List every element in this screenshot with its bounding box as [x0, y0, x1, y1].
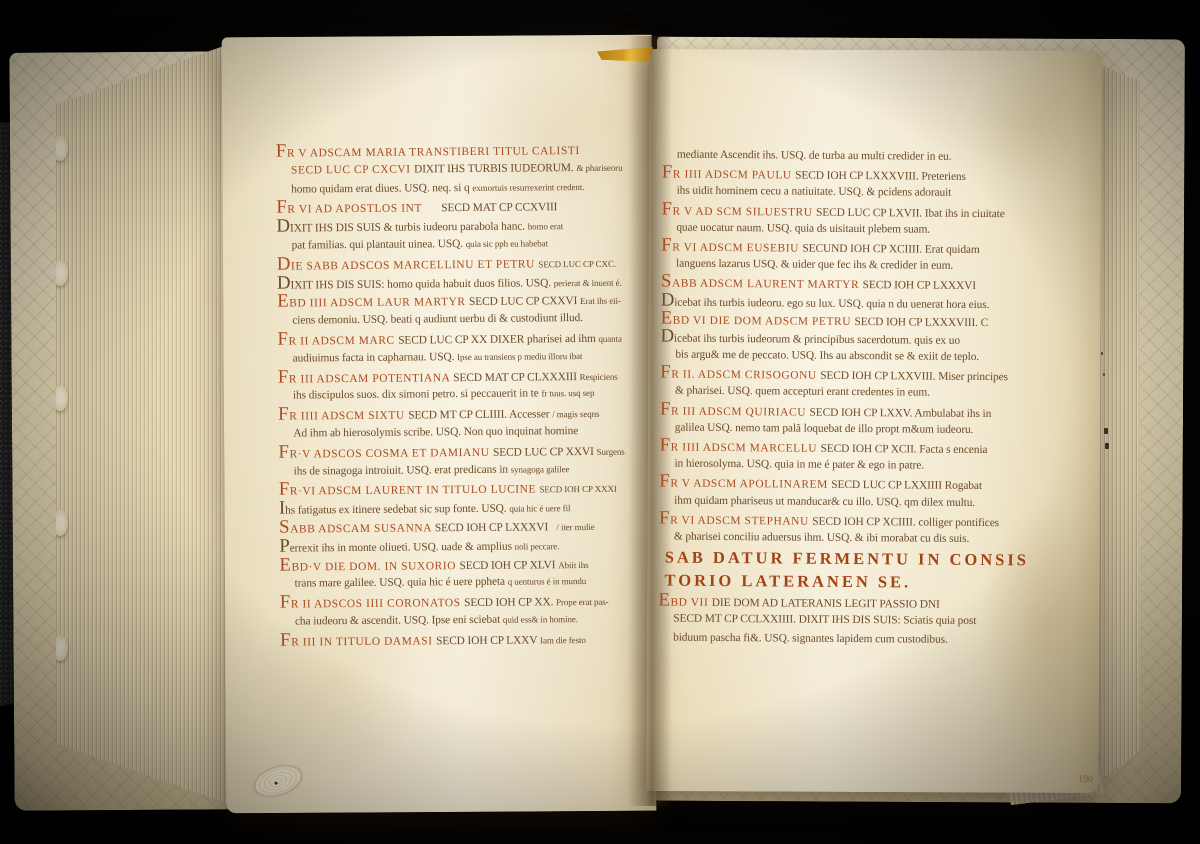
body-text: SECD IOH CP LXXXVIII. C [855, 316, 989, 329]
body-text: / magis seqns [552, 409, 599, 419]
body-text: bis argu& me de peccato. USQ. Ihs au abs… [675, 349, 979, 363]
body-text: SECD LUC CP LXVII. Ibat ihs in ciuitate [816, 206, 1005, 219]
body-text: Ihs fatigatus ex itinere sedebat sic sup… [279, 503, 509, 517]
manuscript-line: FR III ADSCAM POTENTIANA SECD MAT CP CLX… [278, 365, 658, 387]
rubric-text: FR VI ADSCM EUSEBIU [661, 241, 802, 254]
body-text: biduum pascha fi&. USQ. signantes lapide… [673, 631, 948, 645]
body-text: noli peccare. [515, 541, 560, 551]
manuscript-line: SECD LUC CP CXCVI DIXIT IHS TURBIS IUDEO… [276, 158, 656, 180]
body-text: SECD IOH CP XXXI [539, 484, 616, 495]
rubric-text: FR III ADSCAM POTENTIANA [278, 372, 454, 386]
rubric-text: FR V ADSCM APOLLINAREM [659, 478, 831, 491]
fore-edge-mark [1104, 428, 1108, 434]
rubric-text: FR III IN TITULO DAMASI [280, 635, 436, 648]
body-text: Ad ihm ab hierosolymis scribe. USQ. Non … [293, 425, 578, 439]
body-text: SECD IOH CP XLVI [459, 559, 558, 572]
body-text: synagoga galilee [511, 464, 570, 475]
rubric-text: FR IIII ADSCM PAULU [662, 169, 796, 182]
rubric-text: FR VI AD APOSTLOS INT [276, 203, 422, 216]
rubric-text: SAB DATUR FERMENTU IN CONSIS [665, 548, 1029, 570]
body-text: DIXIT IHS DIS SUIS & turbis iudeoru para… [276, 221, 527, 235]
manuscript-line: FR·V ADSCOS COSMA ET DAMIANU SECD LUC CP… [278, 440, 658, 462]
rubric-text: DIE SABB ADSCOS MARCELLINU ET PETRU [277, 258, 539, 272]
manuscript-line: FR III IN TITULO DAMASI SECD IOH CP LXXV… [280, 628, 660, 650]
body-text: Abiit ihs [558, 559, 588, 569]
rubric-text: SABB ADSCAM SUSANNA [279, 522, 435, 535]
body-text: Prope erat pas- [556, 597, 609, 607]
body-text: languens lazarus USQ. & uider que fec ih… [676, 258, 953, 272]
rubric-text: FR IIII ADSCM SIXTU [278, 410, 408, 423]
body-text: mediante Ascendit ihs. USQ. de turba au … [677, 149, 952, 163]
manuscript-line: EBD IIII ADSCM LAUR MARTYR SECD LUC CP C… [277, 290, 657, 312]
manuscript-line: TORIO LATERANEN SE. [658, 569, 1040, 595]
rubric-text: FR II ADSCM MARC [277, 335, 398, 348]
body-text: SECD IOH CP XX. [464, 596, 556, 609]
body-text: Dicebat ihs turbis iudeorum & principibu… [660, 332, 960, 346]
body-text: SECD LUC CP CXC. [538, 258, 616, 269]
body-text: galilea USQ. nemo tam palã loquebat de i… [675, 421, 974, 435]
body-text: fr tuus. usq sep [541, 388, 594, 398]
body-text: exmortuis resurrexerint credent. [472, 182, 584, 193]
rubric-text: FR IIII ADSCM MARCELLU [660, 441, 821, 454]
manuscript-line: FR·VI ADSCM LAURENT IN TITULO LUCINE SEC… [279, 478, 659, 500]
body-text: SECD IOH CP LXXXVIII. Preteriens [795, 170, 966, 183]
body-text: Iam die festo [540, 635, 586, 645]
fore-edge-mark [1105, 443, 1109, 449]
body-text: quae uocatur naum. USQ. quia ds uisitaui… [676, 221, 930, 235]
body-text: SECD MT CP CLIIII. Accesser [408, 408, 552, 421]
rubric-text: TORIO LATERANEN SE. [665, 571, 912, 592]
body-text: Perrexit ihs in monte oliueti. USQ. uade… [279, 540, 514, 554]
rubric-text: FR II ADSCOS IIII CORONATOS [280, 597, 464, 611]
body-text: SECD IOH CP LXXXVI [435, 521, 557, 534]
rubric-text: FR·V ADSCOS COSMA ET DAMIANU [278, 447, 493, 461]
rubric-text: FR·VI ADSCM LAURENT IN TITULO LUCINE [279, 484, 540, 498]
body-text: & pharisei conciliu aduersus ihm. USQ. &… [674, 531, 969, 545]
fore-edge-speck [1103, 373, 1105, 376]
body-text: SECD MAT CP CCXVIII [422, 202, 557, 215]
body-text: DIE DOM AD LATERANIS LEGIT PASSIO DNI [712, 597, 940, 611]
body-text: homo quidam erat diues. USQ. neq. si q [291, 182, 472, 196]
body-text: q uenturus é in mundu [508, 576, 586, 587]
folio-number: 190 [1078, 774, 1094, 786]
body-text: ihm quidam phariseus ut manducar& cu ill… [674, 494, 975, 508]
manuscript-line: FR II ADSCOS IIII CORONATOS SECD IOH CP … [280, 590, 660, 612]
body-text: SECD LUC CP CXXVI [469, 295, 580, 308]
rubric-text: EBD VI DIE DOM ADSCM PETRU [661, 314, 855, 328]
body-text: SECD MAT CP CLXXXIII [453, 371, 579, 384]
body-text: & pharisei. USQ. quem accepturi erant cr… [675, 385, 930, 399]
manuscript-line: FR II ADSCM MARC SECD LUC CP XX DIXER ph… [277, 327, 657, 349]
body-text: perierat & inuent é. [554, 277, 622, 288]
manuscript-line: FR V ADSCM APOLLINAREM SECD LUC CP LXXII… [659, 473, 1041, 494]
body-text: SECD IOH CP XCIIII. colliger pontifices [812, 515, 999, 528]
body-text: DIXIT IHS DIS SUIS: homo quida habuit du… [277, 277, 554, 291]
body-text: Respiciens [580, 371, 618, 381]
body-text: in hierosolyma. USQ. quia in me é pater … [674, 458, 924, 472]
rubric-text: FR III ADSCM QUIRIACU [660, 405, 810, 418]
body-text: cha iudeoru & ascendit. USQ. Ipse eni sc… [295, 614, 503, 628]
left-page-edges [56, 34, 236, 814]
manuscript-line: ihs uidit hominem cecu a natiuitate. USQ… [662, 182, 1044, 203]
body-text: SECD IOH CP LXXV [436, 634, 540, 647]
manuscript-line: SAB DATUR FERMENTU IN CONSIS [659, 546, 1041, 572]
rubric-text: FR II. ADSCM CRISOGONU [660, 369, 820, 382]
rubric-text: EBD·V DIE DOM. IN SUXORIO [279, 560, 459, 574]
body-text: ihs discipulos suos. dix simoni petro. s… [293, 388, 542, 402]
body-text: ciens demoniu. USQ. beati q audiunt uerb… [292, 312, 583, 327]
body-text: SECD IOH CP XCII. Facta s encenia [821, 443, 988, 456]
body-text: Surgens [596, 446, 624, 456]
rubric-text: EBD IIII ADSCM LAUR MARTYR [277, 296, 469, 310]
body-text: ihs uidit hominem cecu a natiuitate. USQ… [677, 185, 952, 199]
body-text: SECD IOH CP LXXVIII. Miser principes [820, 370, 1008, 383]
body-text: SECD IOH CP LXXV. Ambulabat ihs in [809, 406, 991, 419]
left-page-text: FR V ADSCAM MARIA TRANSTIBERI TITUL CALI… [276, 139, 660, 657]
rubric-text: FR V ADSCAM MARIA TRANSTIBERI TITUL CALI… [276, 145, 580, 160]
rubric-text: FR V AD SCM SILUESTRU [661, 205, 816, 218]
fore-edge-speck [1101, 352, 1103, 355]
body-text: DIXIT IHS TURBIS IUDEORUM. [414, 162, 576, 175]
body-text: SECD LUC CP XXVI [493, 446, 597, 459]
body-text: quanta [598, 334, 621, 344]
body-text: SECUND IOH CP XCIIII. Erat quidam [802, 243, 979, 256]
manuscript-line: biduum pascha fi&. USQ. signantes lapide… [658, 628, 1040, 649]
right-page-text: mediante Ascendit ihs. USQ. de turba au … [658, 146, 1044, 654]
manuscript-line: SECD MT CP CCLXXIIII. DIXIT IHS DIS SUIS… [658, 610, 1040, 631]
manuscript-line: SABB ADSCM LAURENT MARTYR SECD IOH CP LX… [661, 273, 1043, 294]
rubric-text: FR VI ADSCM STEPHANU [659, 514, 812, 527]
rubric-text: SABB ADSCM LAURENT MARTYR [661, 278, 863, 292]
body-text: SECD IOH CP LXXXVI [863, 279, 976, 292]
body-text: Dicebat ihs turbis iudeoru. ego su lux. … [661, 296, 990, 311]
body-text: Erat ihs eii- [580, 296, 621, 306]
body-text: SECD MT CP CCLXXIIII. DIXIT IHS DIS SUIS… [673, 613, 976, 627]
body-text: & phariseoru [576, 162, 622, 172]
body-text: audiuimus facta in capharnau. USQ. [293, 351, 458, 364]
body-text: ihs de sinagoga introiuit. USQ. erat pre… [294, 463, 511, 477]
rubric-text: SECD LUC CP CXCVI [291, 163, 414, 176]
body-text: SECD LUC CP XX DIXER pharisei ad ihm [398, 333, 598, 347]
rubric-text: EBD VII [658, 597, 712, 609]
body-text: quia hic é uere fil [509, 503, 570, 514]
body-text: quia sic pph eu habebat [466, 238, 548, 249]
manuscript-photo: FR V ADSCAM MARIA TRANSTIBERI TITUL CALI… [0, 0, 1200, 844]
body-text: / iter mulie [556, 522, 594, 532]
body-text: Ipse au transiens p mediu illoru ibat [457, 351, 582, 362]
body-text: SECD LUC CP LXXIIII Rogabat [831, 479, 982, 492]
body-text: quid ess& in homine. [503, 614, 578, 625]
body-text: pat familias. qui plantauit uinea. USQ. [292, 238, 466, 252]
body-text: trans mare galilee. USQ. quia hic é uere… [295, 576, 508, 590]
body-text: homo erat [528, 221, 563, 231]
